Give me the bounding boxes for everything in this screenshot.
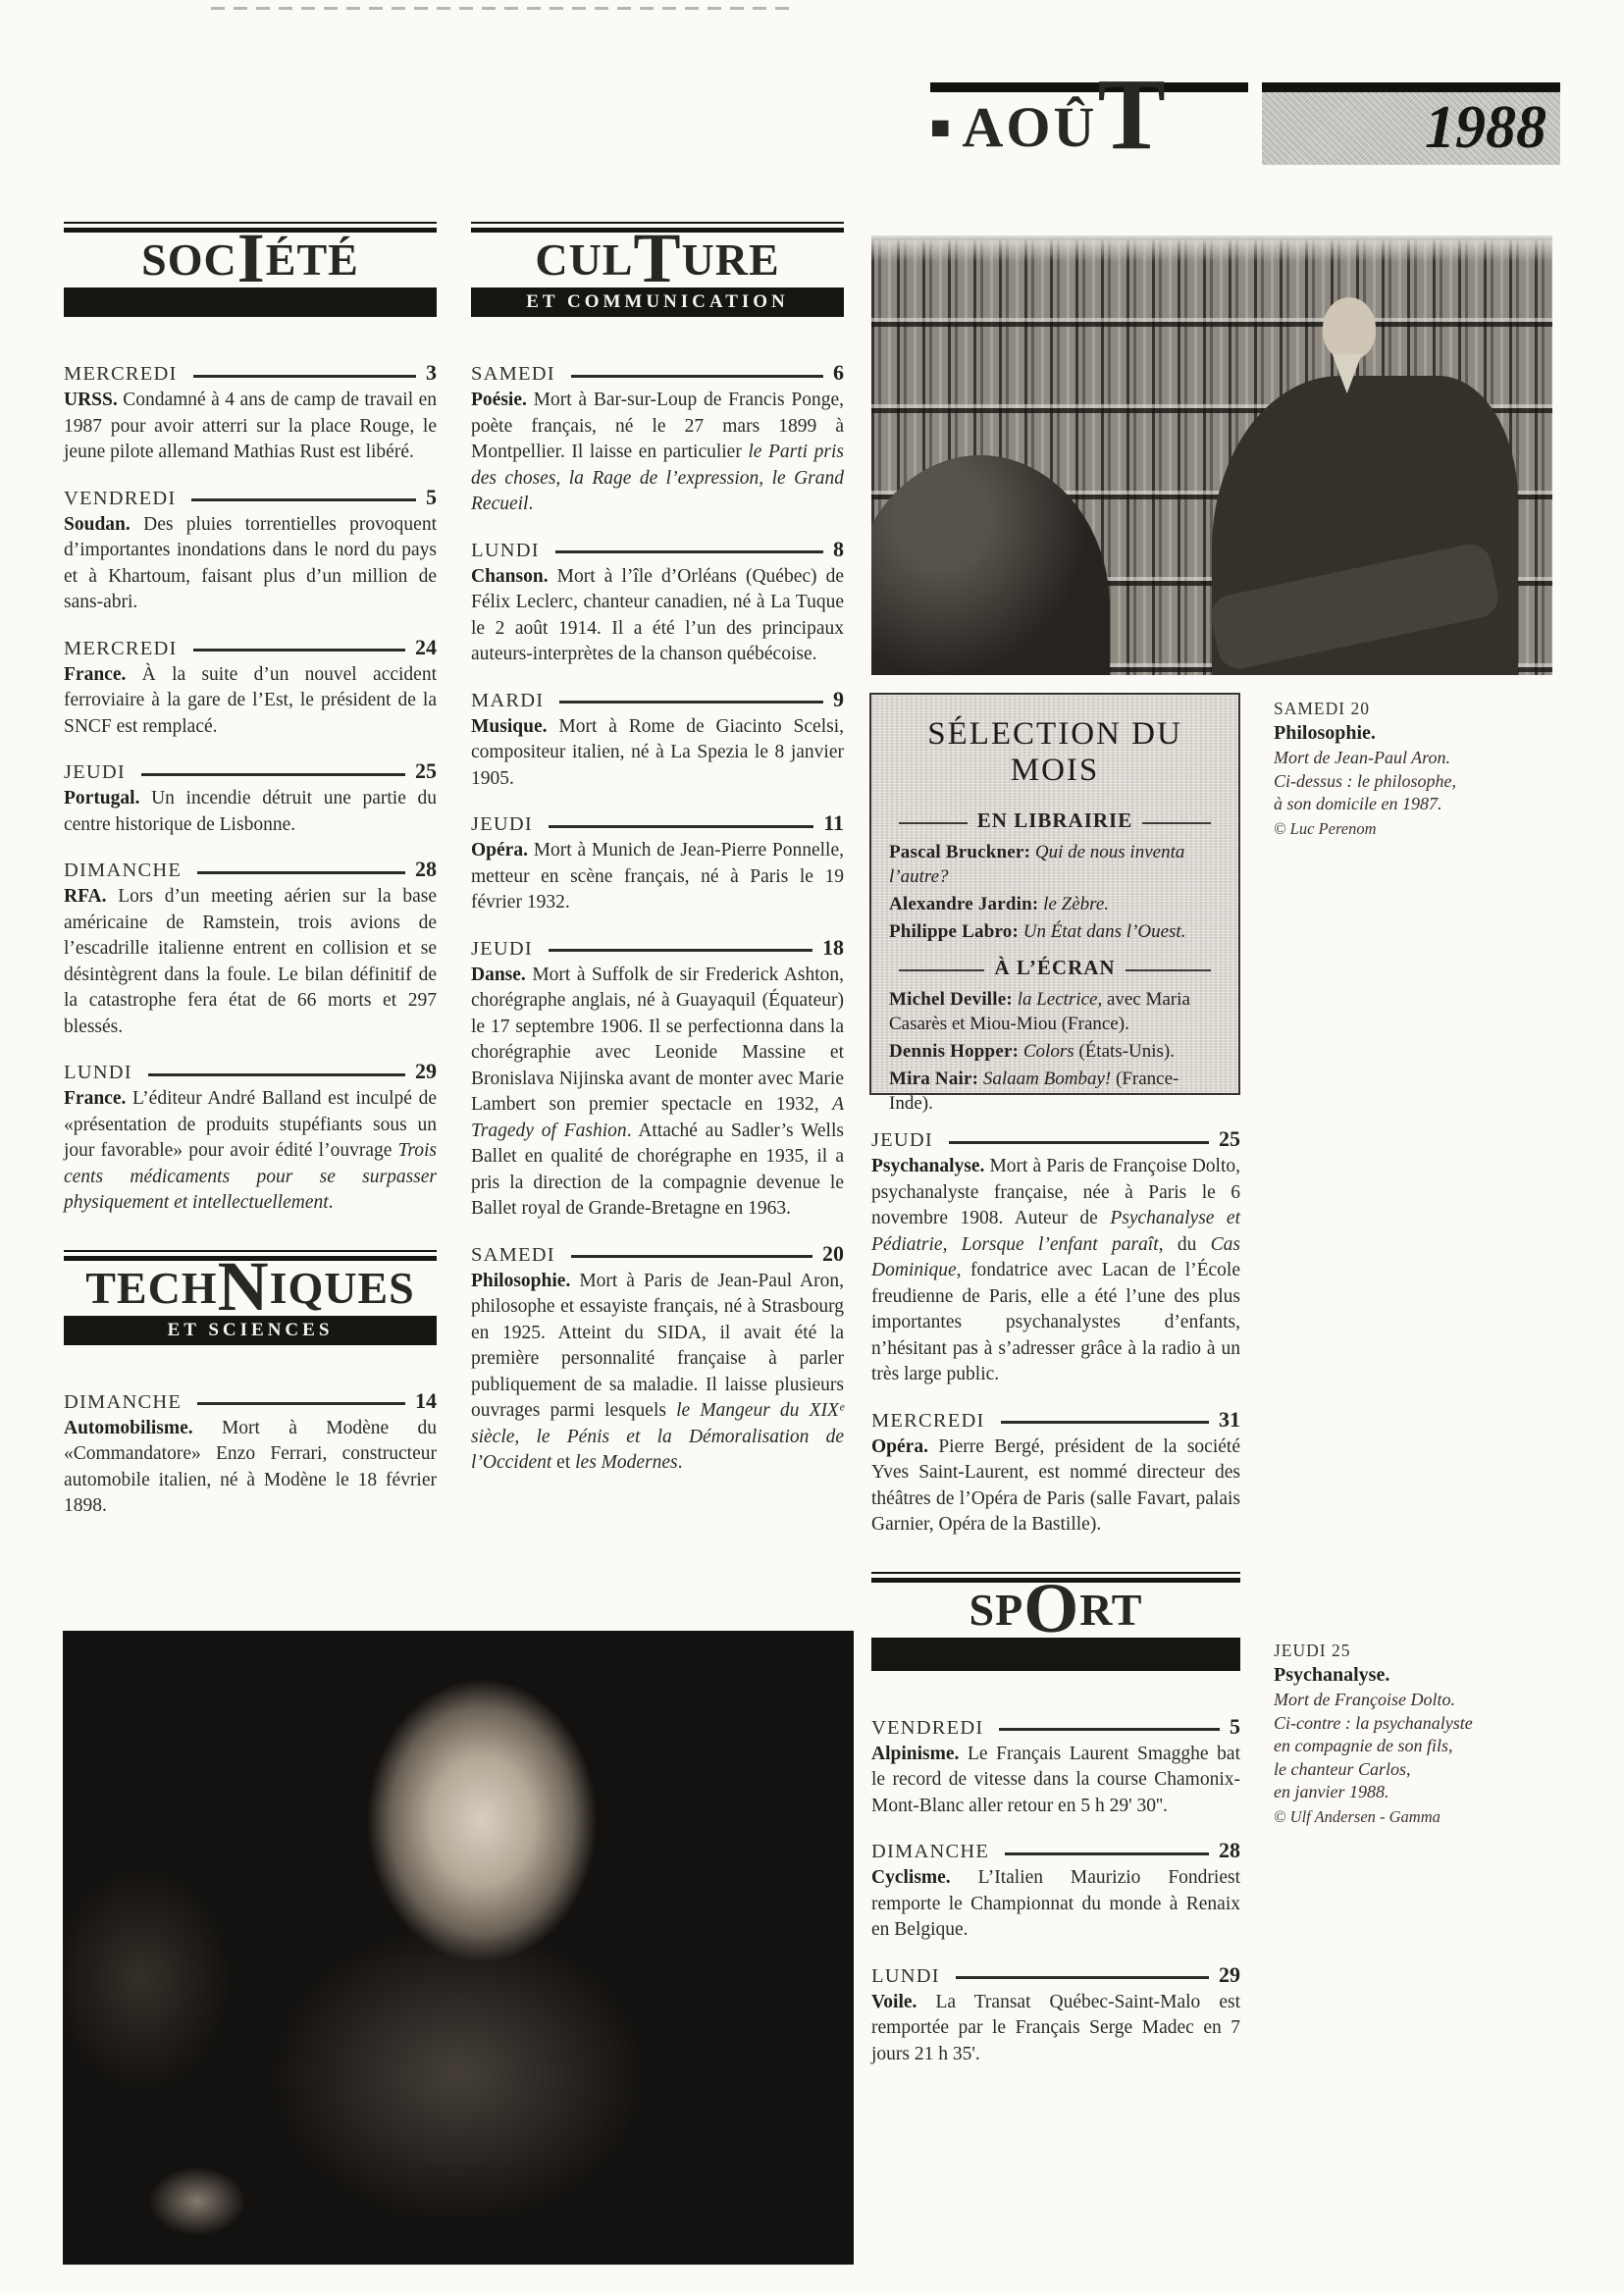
entry-day-number: 31: [1219, 1407, 1240, 1433]
entry-header: SAMEDI 20: [471, 1241, 844, 1267]
entry-header: JEUDI 18: [471, 935, 844, 961]
entry-day: MARDI: [471, 690, 544, 712]
section-title-bigletter: O: [1023, 1569, 1079, 1647]
year-label: 1988: [1425, 94, 1560, 161]
scan-artifact: [211, 7, 790, 10]
entry-rule: [571, 1255, 812, 1258]
entry-day-number: 20: [822, 1241, 844, 1267]
entry-day-number: 5: [426, 485, 437, 510]
section-subtitle: ET SCIENCES: [168, 1320, 334, 1340]
entry-body: Portugal. Un incendie détruit une partie…: [64, 786, 437, 838]
entry-text: Mort à Paris de Françoise Dolto, psychan…: [871, 1156, 1240, 1384]
entry-rule: [148, 1073, 405, 1076]
entry-body: RFA. Lors d’un meeting aérien sur la bas…: [64, 884, 437, 1040]
entry-topic: Psychanalyse.: [871, 1156, 984, 1176]
subheading-rule: [899, 969, 984, 971]
director-name: Mira Nair:: [889, 1069, 978, 1089]
news-entry: DIMANCHE 28 Cyclisme. L’Italien Maurizio…: [871, 1838, 1240, 1944]
photo-francoise-dolto: [63, 1631, 854, 2265]
column-societe: SOCIÉTÉ MERCREDI 3 URSS. Condamné à 4 an…: [64, 222, 437, 1539]
entry-header: JEUDI 11: [471, 810, 844, 836]
entry-topic: Opéra.: [871, 1436, 928, 1457]
entry-topic: Musique.: [471, 716, 547, 737]
entry-day-number: 25: [415, 758, 437, 784]
entry-day-number: 29: [415, 1059, 437, 1084]
subheading-rule: [1142, 822, 1211, 824]
entry-day-number: 6: [833, 360, 844, 386]
column-culture: CULTURE ET COMMUNICATION SAMEDI 6 Poésie…: [471, 222, 844, 1495]
entry-text: Mort à Bar-sur-Loup de Francis Ponge, po…: [471, 390, 844, 514]
selection-item: Dennis Hopper: Colors (États-Unis).: [889, 1039, 1221, 1064]
entry-body: Philosophie. Mort à Paris de Jean-Paul A…: [471, 1269, 844, 1477]
section-title-text: RT: [1079, 1585, 1142, 1635]
entry-rule: [555, 550, 823, 553]
entry-header: LUNDI 29: [64, 1059, 437, 1084]
entry-text: Condamné à 4 ans de camp de travail en 1…: [64, 390, 437, 462]
entry-day-number: 18: [822, 935, 844, 961]
author-name: Philippe Labro:: [889, 921, 1019, 942]
director-name: Michel Deville:: [889, 989, 1013, 1010]
entry-text: Mort à Munich de Jean-Pierre Ponnelle, m…: [471, 840, 844, 913]
month-title: ■AOÛT: [930, 98, 1254, 158]
entry-day-number: 14: [415, 1388, 437, 1414]
selection-subheading-ecran: À L’ÉCRAN: [889, 956, 1221, 980]
entry-body: Soudan. Des pluies torrentielles provoqu…: [64, 512, 437, 616]
photo-credit: © Luc Perenom: [1274, 819, 1568, 839]
photo-caption-aron: SAMEDI 20 Philosophie. Mort de Jean-Paul…: [1274, 699, 1568, 839]
entry-topic: Soudan.: [64, 514, 131, 535]
caption-topic: Philosophie.: [1274, 722, 1568, 745]
entry-day-number: 8: [833, 537, 844, 562]
caption-line: le chanteur Carlos,: [1274, 1758, 1568, 1782]
subheading-label: EN LIBRAIRIE: [977, 808, 1132, 833]
magazine-page: ■AOÛT 1988 SOCIÉTÉ MERCREDI 3 URSS. Cond…: [0, 0, 1624, 2295]
subheading-label: À L’ÉCRAN: [994, 956, 1115, 980]
news-entry: JEUDI 18 Danse. Mort à Suffolk de sir Fr…: [471, 935, 844, 1223]
entry-day-number: 24: [415, 635, 437, 660]
header-rule: [930, 82, 1248, 92]
section-bar: ET SCIENCES: [64, 1316, 437, 1345]
entry-header: SAMEDI 6: [471, 360, 844, 386]
entry-day-number: 9: [833, 687, 844, 712]
entry-day: LUNDI: [871, 1965, 940, 1988]
entry-rule: [1005, 1852, 1209, 1855]
entry-day-number: 3: [426, 360, 437, 386]
entry-rule: [193, 649, 405, 652]
news-entry: JEUDI 11 Opéra. Mort à Munich de Jean-Pi…: [471, 810, 844, 916]
entry-header: MERCREDI 3: [64, 360, 437, 386]
entry-day: JEUDI: [471, 813, 533, 836]
entry-body: Opéra. Pierre Bergé, président de la soc…: [871, 1434, 1240, 1539]
news-entry: LUNDI 29 France. L’éditeur André Balland…: [64, 1059, 437, 1217]
author-name: Pascal Bruckner:: [889, 842, 1030, 862]
black-square-icon: ■: [930, 110, 951, 146]
entry-header: DIMANCHE 28: [64, 857, 437, 882]
year-band: 1988: [1262, 82, 1560, 165]
entry-topic: France.: [64, 1088, 126, 1109]
entry-day-number: 28: [415, 857, 437, 882]
news-entry: VENDREDI 5 Alpinisme. Le Français Lauren…: [871, 1714, 1240, 1820]
entry-body: Alpinisme. Le Français Laurent Smagghe b…: [871, 1742, 1240, 1820]
entry-topic: Alpinisme.: [871, 1744, 959, 1764]
selection-item: Philippe Labro: Un État dans l’Ouest.: [889, 919, 1221, 944]
news-entry: SAMEDI 20 Philosophie. Mort à Paris de J…: [471, 1241, 844, 1477]
entry-body: France. À la suite d’un nouvel accident …: [64, 662, 437, 741]
section-title-bigletter: T: [633, 219, 681, 297]
entry-rule: [141, 773, 405, 776]
section-title-bigletter: N: [218, 1247, 270, 1326]
entry-header: MERCREDI 31: [871, 1407, 1240, 1433]
photo-caption-dolto: JEUDI 25 Psychanalyse. Mort de Françoise…: [1274, 1641, 1568, 1827]
entry-rule: [1001, 1421, 1209, 1424]
section-title-sport: SPORT: [871, 1583, 1240, 1638]
entry-header: JEUDI 25: [64, 758, 437, 784]
photo-armchair-shape: [871, 455, 1110, 675]
entry-day-number: 5: [1230, 1714, 1240, 1740]
section-title-text: CUL: [535, 235, 633, 285]
entry-rule: [956, 1976, 1209, 1979]
entry-body: France. L’éditeur André Balland est incu…: [64, 1086, 437, 1217]
entry-topic: Voile.: [871, 1992, 917, 2012]
section-title-text: SOC: [141, 235, 237, 285]
caption-line: en janvier 1988.: [1274, 1781, 1568, 1804]
caption-date: SAMEDI 20: [1274, 699, 1568, 719]
section-title-techniques: TECHNIQUES: [64, 1261, 437, 1316]
entry-topic: Danse.: [471, 965, 526, 985]
news-entry: MERCREDI 24 France. À la suite d’un nouv…: [64, 635, 437, 741]
work-title: le Zèbre.: [1038, 894, 1109, 914]
caption-date: JEUDI 25: [1274, 1641, 1568, 1661]
entry-body: Automobilisme. Mort à Modène du «Command…: [64, 1416, 437, 1520]
entry-body: Musique. Mort à Rome de Giacinto Scelsi,…: [471, 714, 844, 793]
entry-header: MERCREDI 24: [64, 635, 437, 660]
entry-day-number: 28: [1219, 1838, 1240, 1863]
entry-header: VENDREDI 5: [871, 1714, 1240, 1740]
entry-day: DIMANCHE: [64, 1391, 182, 1414]
photo-jean-paul-aron: [871, 235, 1552, 675]
entry-header: MARDI 9: [471, 687, 844, 712]
entry-topic: Poésie.: [471, 390, 527, 410]
entry-body: Psychanalyse. Mort à Paris de Françoise …: [871, 1154, 1240, 1388]
entry-day: VENDREDI: [871, 1717, 983, 1740]
entry-day: VENDREDI: [64, 488, 176, 510]
entry-text: Mort à Paris de Jean-Paul Aron, philosop…: [471, 1271, 844, 1474]
news-entry: MERCREDI 3 URSS. Condamné à 4 ans de cam…: [64, 360, 437, 466]
entry-topic: France.: [64, 664, 126, 685]
entry-text: Lors d’un meeting aérien sur la base amé…: [64, 886, 437, 1037]
entry-body: Poésie. Mort à Bar-sur-Loup de Francis P…: [471, 388, 844, 518]
entry-header: VENDREDI 5: [64, 485, 437, 510]
entry-topic: Cyclisme.: [871, 1867, 951, 1888]
month-title-text: AOÛ: [963, 95, 1098, 159]
entry-day: MERCREDI: [64, 638, 178, 660]
entry-body: Chanson. Mort à l’île d’Orléans (Québec)…: [471, 564, 844, 668]
column-right: JEUDI 25 Psychanalyse. Mort à Paris de F…: [871, 1126, 1240, 2086]
entry-body: Opéra. Mort à Munich de Jean-Pierre Ponn…: [471, 838, 844, 916]
news-entry: SAMEDI 6 Poésie. Mort à Bar-sur-Loup de …: [471, 360, 844, 518]
entry-topic: Chanson.: [471, 566, 549, 587]
entry-day: LUNDI: [471, 540, 540, 562]
entry-day: DIMANCHE: [64, 860, 182, 882]
entry-header: JEUDI 25: [871, 1126, 1240, 1152]
section-header-sport: SPORT: [871, 1572, 1240, 1671]
entry-topic: Opéra.: [471, 840, 528, 861]
selection-du-mois-box: SÉLECTION DU MOIS EN LIBRAIRIE Pascal Br…: [869, 693, 1240, 1095]
entry-topic: Philosophie.: [471, 1271, 570, 1291]
entry-day: JEUDI: [471, 938, 533, 961]
entry-day: JEUDI: [871, 1129, 933, 1152]
photo-credit: © Ulf Andersen - Gamma: [1274, 1807, 1568, 1827]
entry-topic: URSS.: [64, 390, 118, 410]
section-title-text: IQUES: [270, 1263, 415, 1313]
subheading-rule: [899, 822, 968, 824]
entry-body: URSS. Condamné à 4 ans de camp de travai…: [64, 388, 437, 466]
entry-day: LUNDI: [64, 1062, 132, 1084]
selection-item: Alexandre Jardin: le Zèbre.: [889, 892, 1221, 916]
section-title-text: ÉTÉ: [266, 235, 359, 285]
entry-day: JEUDI: [64, 761, 126, 784]
entry-rule: [571, 375, 823, 378]
news-entry: LUNDI 29 Voile. La Transat Québec-Saint-…: [871, 1962, 1240, 2068]
entry-topic: Automobilisme.: [64, 1418, 193, 1438]
entry-header: DIMANCHE 14: [64, 1388, 437, 1414]
entry-rule: [949, 1141, 1209, 1144]
news-entry: LUNDI 8 Chanson. Mort à l’île d’Orléans …: [471, 537, 844, 668]
caption-line: Mort de Françoise Dolto.: [1274, 1689, 1568, 1712]
entry-day: MERCREDI: [871, 1410, 985, 1433]
caption-line: à son domicile en 1987.: [1274, 793, 1568, 816]
news-entry: MERCREDI 31 Opéra. Pierre Bergé, préside…: [871, 1407, 1240, 1539]
news-entry: VENDREDI 5 Soudan. Des pluies torrentiel…: [64, 485, 437, 616]
work-title: Un État dans l’Ouest.: [1019, 921, 1185, 942]
selection-item: Mira Nair: Salaam Bombay! (France-Inde).: [889, 1067, 1221, 1116]
entry-topic: RFA.: [64, 886, 107, 907]
entry-day: SAMEDI: [471, 363, 555, 386]
caption-line: Ci-contre : la psychanalyste: [1274, 1712, 1568, 1736]
selection-title: SÉLECTION DU MOIS: [889, 716, 1221, 789]
selection-subheading-librairie: EN LIBRAIRIE: [889, 808, 1221, 833]
entry-day: SAMEDI: [471, 1244, 555, 1267]
entry-rule: [549, 825, 813, 828]
section-title-text: TECH: [85, 1263, 217, 1313]
entry-rule: [559, 701, 823, 704]
news-entry: DIMANCHE 14 Automobilisme. Mort à Modène…: [64, 1388, 437, 1520]
entry-header: LUNDI 8: [471, 537, 844, 562]
section-title-bigletter: I: [237, 219, 266, 297]
film-title: Colors (États-Unis).: [1019, 1041, 1175, 1062]
caption-line: Mort de Jean-Paul Aron.: [1274, 747, 1568, 770]
entry-day: DIMANCHE: [871, 1841, 989, 1863]
entry-body: Voile. La Transat Québec-Saint-Malo est …: [871, 1990, 1240, 2068]
entry-rule: [999, 1728, 1220, 1731]
entry-rule: [197, 871, 405, 874]
photo-man-face: [1323, 297, 1376, 360]
news-entry: MARDI 9 Musique. Mort à Rome de Giacinto…: [471, 687, 844, 793]
caption-topic: Psychanalyse.: [1274, 1664, 1568, 1687]
caption-line: en compagnie de son fils,: [1274, 1735, 1568, 1758]
director-name: Dennis Hopper:: [889, 1041, 1019, 1062]
author-name: Alexandre Jardin:: [889, 894, 1038, 914]
entry-text: Mort à Suffolk de sir Frederick Ashton, …: [471, 965, 844, 1220]
entry-body: Cyclisme. L’Italien Maurizio Fondriest r…: [871, 1865, 1240, 1944]
entry-rule: [549, 949, 812, 952]
selection-item: Pascal Bruckner: Qui de nous inventa l’a…: [889, 840, 1221, 889]
entry-header: LUNDI 29: [871, 1962, 1240, 1988]
entry-day: MERCREDI: [64, 363, 178, 386]
news-entry: DIMANCHE 28 RFA. Lors d’un meeting aérie…: [64, 857, 437, 1040]
section-header-culture: CULTURE ET COMMUNICATION: [471, 222, 844, 317]
entry-rule: [193, 375, 416, 378]
entry-rule: [191, 498, 416, 501]
section-bar: ET COMMUNICATION: [471, 287, 844, 317]
selection-item: Michel Deville: la Lectrice, avec Maria …: [889, 987, 1221, 1036]
section-title-culture: CULTURE: [471, 233, 844, 287]
entry-day-number: 11: [823, 810, 844, 836]
month-title-bigletter: T: [1097, 58, 1165, 171]
section-subtitle: ET COMMUNICATION: [526, 291, 789, 312]
subheading-rule: [1126, 969, 1211, 971]
entry-topic: Portugal.: [64, 788, 139, 808]
news-entry: JEUDI 25 Psychanalyse. Mort à Paris de F…: [871, 1126, 1240, 1388]
section-title-societe: SOCIÉTÉ: [64, 233, 437, 287]
entry-header: DIMANCHE 28: [871, 1838, 1240, 1863]
entry-rule: [197, 1402, 405, 1405]
entry-day-number: 29: [1219, 1962, 1240, 1988]
section-title-text: URE: [682, 235, 780, 285]
section-header-societe: SOCIÉTÉ: [64, 222, 437, 317]
section-header-techniques: TECHNIQUES ET SCIENCES: [64, 1250, 437, 1345]
entry-body: Danse. Mort à Suffolk de sir Frederick A…: [471, 963, 844, 1223]
entry-day-number: 25: [1219, 1126, 1240, 1152]
entry-text: La Transat Québec-Saint-Malo est remport…: [871, 1992, 1240, 2064]
section-title-text: SP: [969, 1585, 1024, 1635]
news-entry: JEUDI 25 Portugal. Un incendie détruit u…: [64, 758, 437, 838]
caption-line: Ci-dessus : le philosophe,: [1274, 770, 1568, 794]
